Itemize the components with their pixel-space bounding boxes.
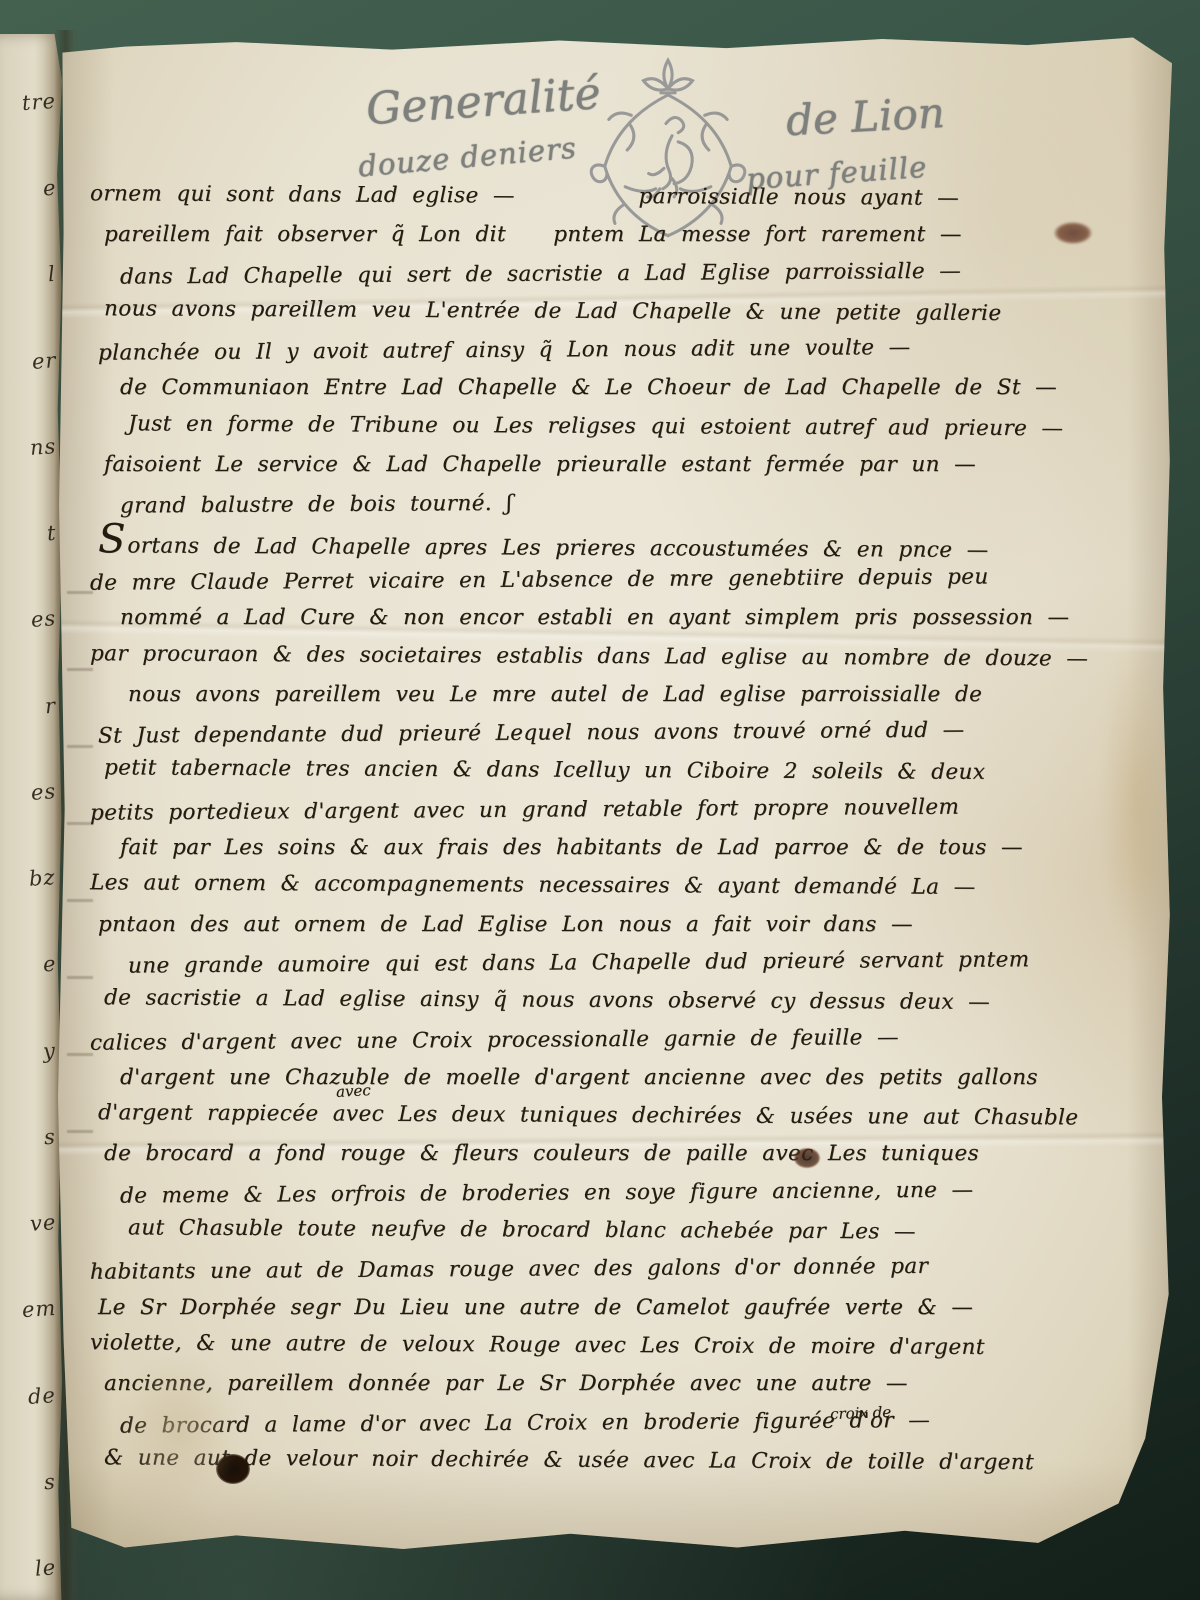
photographed-manuscript-scene: tre e l er ns t es r es bz e y s ve em d… [0,0,1200,1600]
manuscript-line: de Communiaon Entre Lad Chapelle & Le Ch… [120,369,1150,407]
ink-blot [1054,222,1092,244]
manuscript-line: grand balustre de bois tourné. ʃ [120,481,1150,526]
paper-stain [118,1356,238,1506]
manuscript-line: petits portedieux d'argent avec un grand… [90,787,1150,833]
manuscript-line: une grande aumoire qui est dans La Chape… [128,940,1150,985]
manuscript-line: nous avons pareillem veu Le mre autel de… [128,676,1150,714]
text-fragment: er [31,348,57,374]
manuscript-line: de brocard a fond rouge & fleurs couleur… [104,1135,1150,1173]
manuscript-line: faisoient Le service & Lad Chapelle prie… [104,446,1150,484]
manuscript-line: Le Sr Dorphée segr Du Lieu une autre de … [98,1289,1150,1327]
text-fragment: tre [21,89,56,115]
text-fragment: ns [29,434,57,460]
manuscript-line: de mre Claude Perret vicaire en L'absenc… [90,557,1150,603]
manuscript-line: fait par Les soins & aux frais des habit… [120,829,1150,867]
text-fragment: es [30,779,57,805]
text-fragment: bz [29,865,57,891]
text-fragment: ve [29,1210,57,1236]
manuscript-text-block: ornem qui sont dans Lad eglise — parrois… [90,178,1150,1480]
manuscript-line: Just en forme de Tribune ou Les religses… [128,405,1150,449]
manuscript-line: Les aut ornem & accompagnements necessai… [90,865,1150,909]
manuscript-line: nommé a Lad Cure & non encor establi en … [120,599,1150,637]
paper-stain [1100,636,1170,966]
manuscript-line: pareillem fait observer q̃ Lon dit pntem… [104,216,1150,254]
previous-page-text-fragments: tre e l er ns t es r es bz e y s ve em d… [22,90,56,1580]
text-fragment: em [21,1296,57,1322]
interlinear-insertion: croix de [830,1403,892,1423]
manuscript-line: nous avons pareillem veu L'entrée de Lad… [104,290,1150,334]
previous-page-edge: tre e l er ns t es r es bz e y s ve em d… [0,34,62,1600]
manuscript-line: habitants une aut de Damas rouge avec de… [90,1247,1150,1293]
manuscript-line: ancienne, pareillem donnée par Le Sr Dor… [104,1365,1150,1403]
manuscript-line: & une aut de velour noir dechirée & usée… [104,1439,1150,1483]
manuscript-line: calices d'argent avec une Croix processi… [90,1017,1150,1063]
manuscript-line: petit tabernacle tres ancien & dans Icel… [104,750,1150,794]
stamp-title-right: de Lion [785,88,946,145]
manuscript-line: ornem qui sont dans Lad eglise — parrois… [90,175,1150,219]
manuscript-page: Generalité de Lion douze deniers pour fe… [58,36,1172,1552]
manuscript-line: d'argent rappiecée avec Les deux tunique… [98,1094,1150,1138]
manuscript-line: pntaon des aut ornem de Lad Eglise Lon n… [98,906,1150,944]
manuscript-line: violette, & une autre de veloux Rouge av… [90,1324,1150,1368]
manuscript-line: planchée ou Il y avoit autref ainsy q̃ L… [98,328,1150,374]
manuscript-line: dans Lad Chapelle qui sert de sacristie … [120,251,1150,296]
text-fragment: es [30,607,57,633]
manuscript-line: d'argent une Chazuble de moelle d'argent… [120,1059,1150,1097]
ink-blot [794,1148,820,1168]
manuscript-line: de sacristie a Lad eglise ainsy q̃ nous … [104,979,1150,1023]
manuscript-line: de brocard a lame d'or avec La Croix en … [120,1400,1150,1445]
manuscript-line: de meme & Les orfrois de broderies en so… [120,1170,1150,1215]
stamp-subtitle-left: douze deniers [357,131,578,184]
manuscript-line: par procuraon & des societaires establis… [90,635,1150,679]
text-fragment: de [27,1383,56,1409]
interlinear-insertion: avec [336,1081,372,1101]
manuscript-line: Sortans de Lad Chapelle apres Les priere… [98,520,1150,564]
